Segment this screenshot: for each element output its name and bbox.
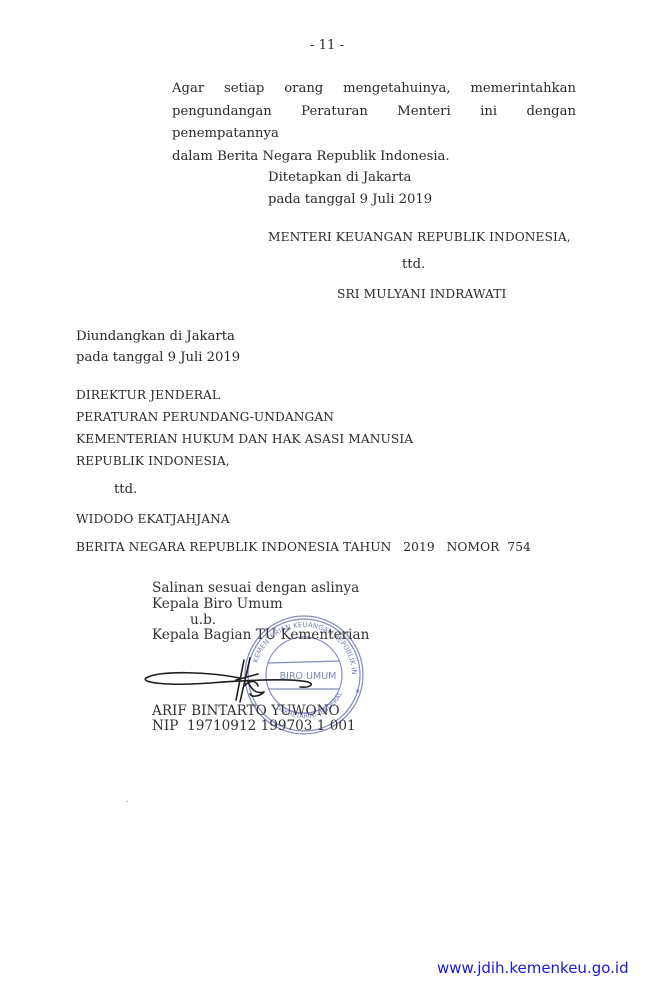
page-number: - 11 - — [0, 38, 654, 54]
paragraph-line: Agar setiap orang mengetahuinya, memerin… — [172, 78, 576, 101]
promulgation-date: pada tanggal 9 Juli 2019 — [76, 350, 240, 366]
enactment-place: Ditetapkan di Jakarta — [268, 170, 411, 186]
scan-speck — [126, 801, 128, 802]
svg-text:★: ★ — [355, 688, 360, 695]
certified-copy-line: u.b. — [190, 613, 216, 628]
promulgation-signed: ttd. — [114, 482, 137, 498]
handwritten-signature — [140, 650, 330, 710]
certified-copy-line: Kepala Biro Umum — [152, 597, 283, 612]
certified-copy-line: Kepala Bagian TU Kementerian — [152, 628, 369, 643]
enactment-date: pada tanggal 9 Juli 2019 — [268, 192, 432, 208]
paragraph-line: dalam Berita Negara Republik Indonesia. — [172, 146, 576, 169]
promulgation-title-line: DIREKTUR JENDERAL — [76, 387, 220, 403]
promulgation-title-line: KEMENTERIAN HUKUM DAN HAK ASASI MANUSIA — [76, 431, 413, 447]
closing-paragraph: Agar setiap orang mengetahuinya, memerin… — [172, 78, 576, 168]
promulgation-title-line: PERATURAN PERUNDANG-UNDANGAN — [76, 409, 334, 425]
certified-copy-nip: NIP 19710912 199703 1 001 — [152, 719, 356, 734]
promulgation-signatory: WIDODO EKATJAHJANA — [76, 511, 230, 527]
promulgation-place: Diundangkan di Jakarta — [76, 329, 235, 345]
certified-copy-signatory: ARIF BINTARTO YUWONO — [152, 704, 340, 719]
enactment-title: MENTERI KEUANGAN REPUBLIK INDONESIA, — [268, 229, 571, 245]
footer-website-link[interactable]: www.jdih.kemenkeu.go.id — [437, 959, 629, 977]
certified-copy-line: Salinan sesuai dengan aslinya — [152, 581, 359, 596]
enactment-signatory: SRI MULYANI INDRAWATI — [337, 286, 506, 302]
paragraph-line: pengundangan Peraturan Menteri ini denga… — [172, 101, 576, 146]
promulgation-title-line: REPUBLIK INDONESIA, — [76, 453, 230, 469]
enactment-signed: ttd. — [402, 257, 425, 273]
gazette-reference: BERITA NEGARA REPUBLIK INDONESIA TAHUN 2… — [76, 539, 531, 555]
